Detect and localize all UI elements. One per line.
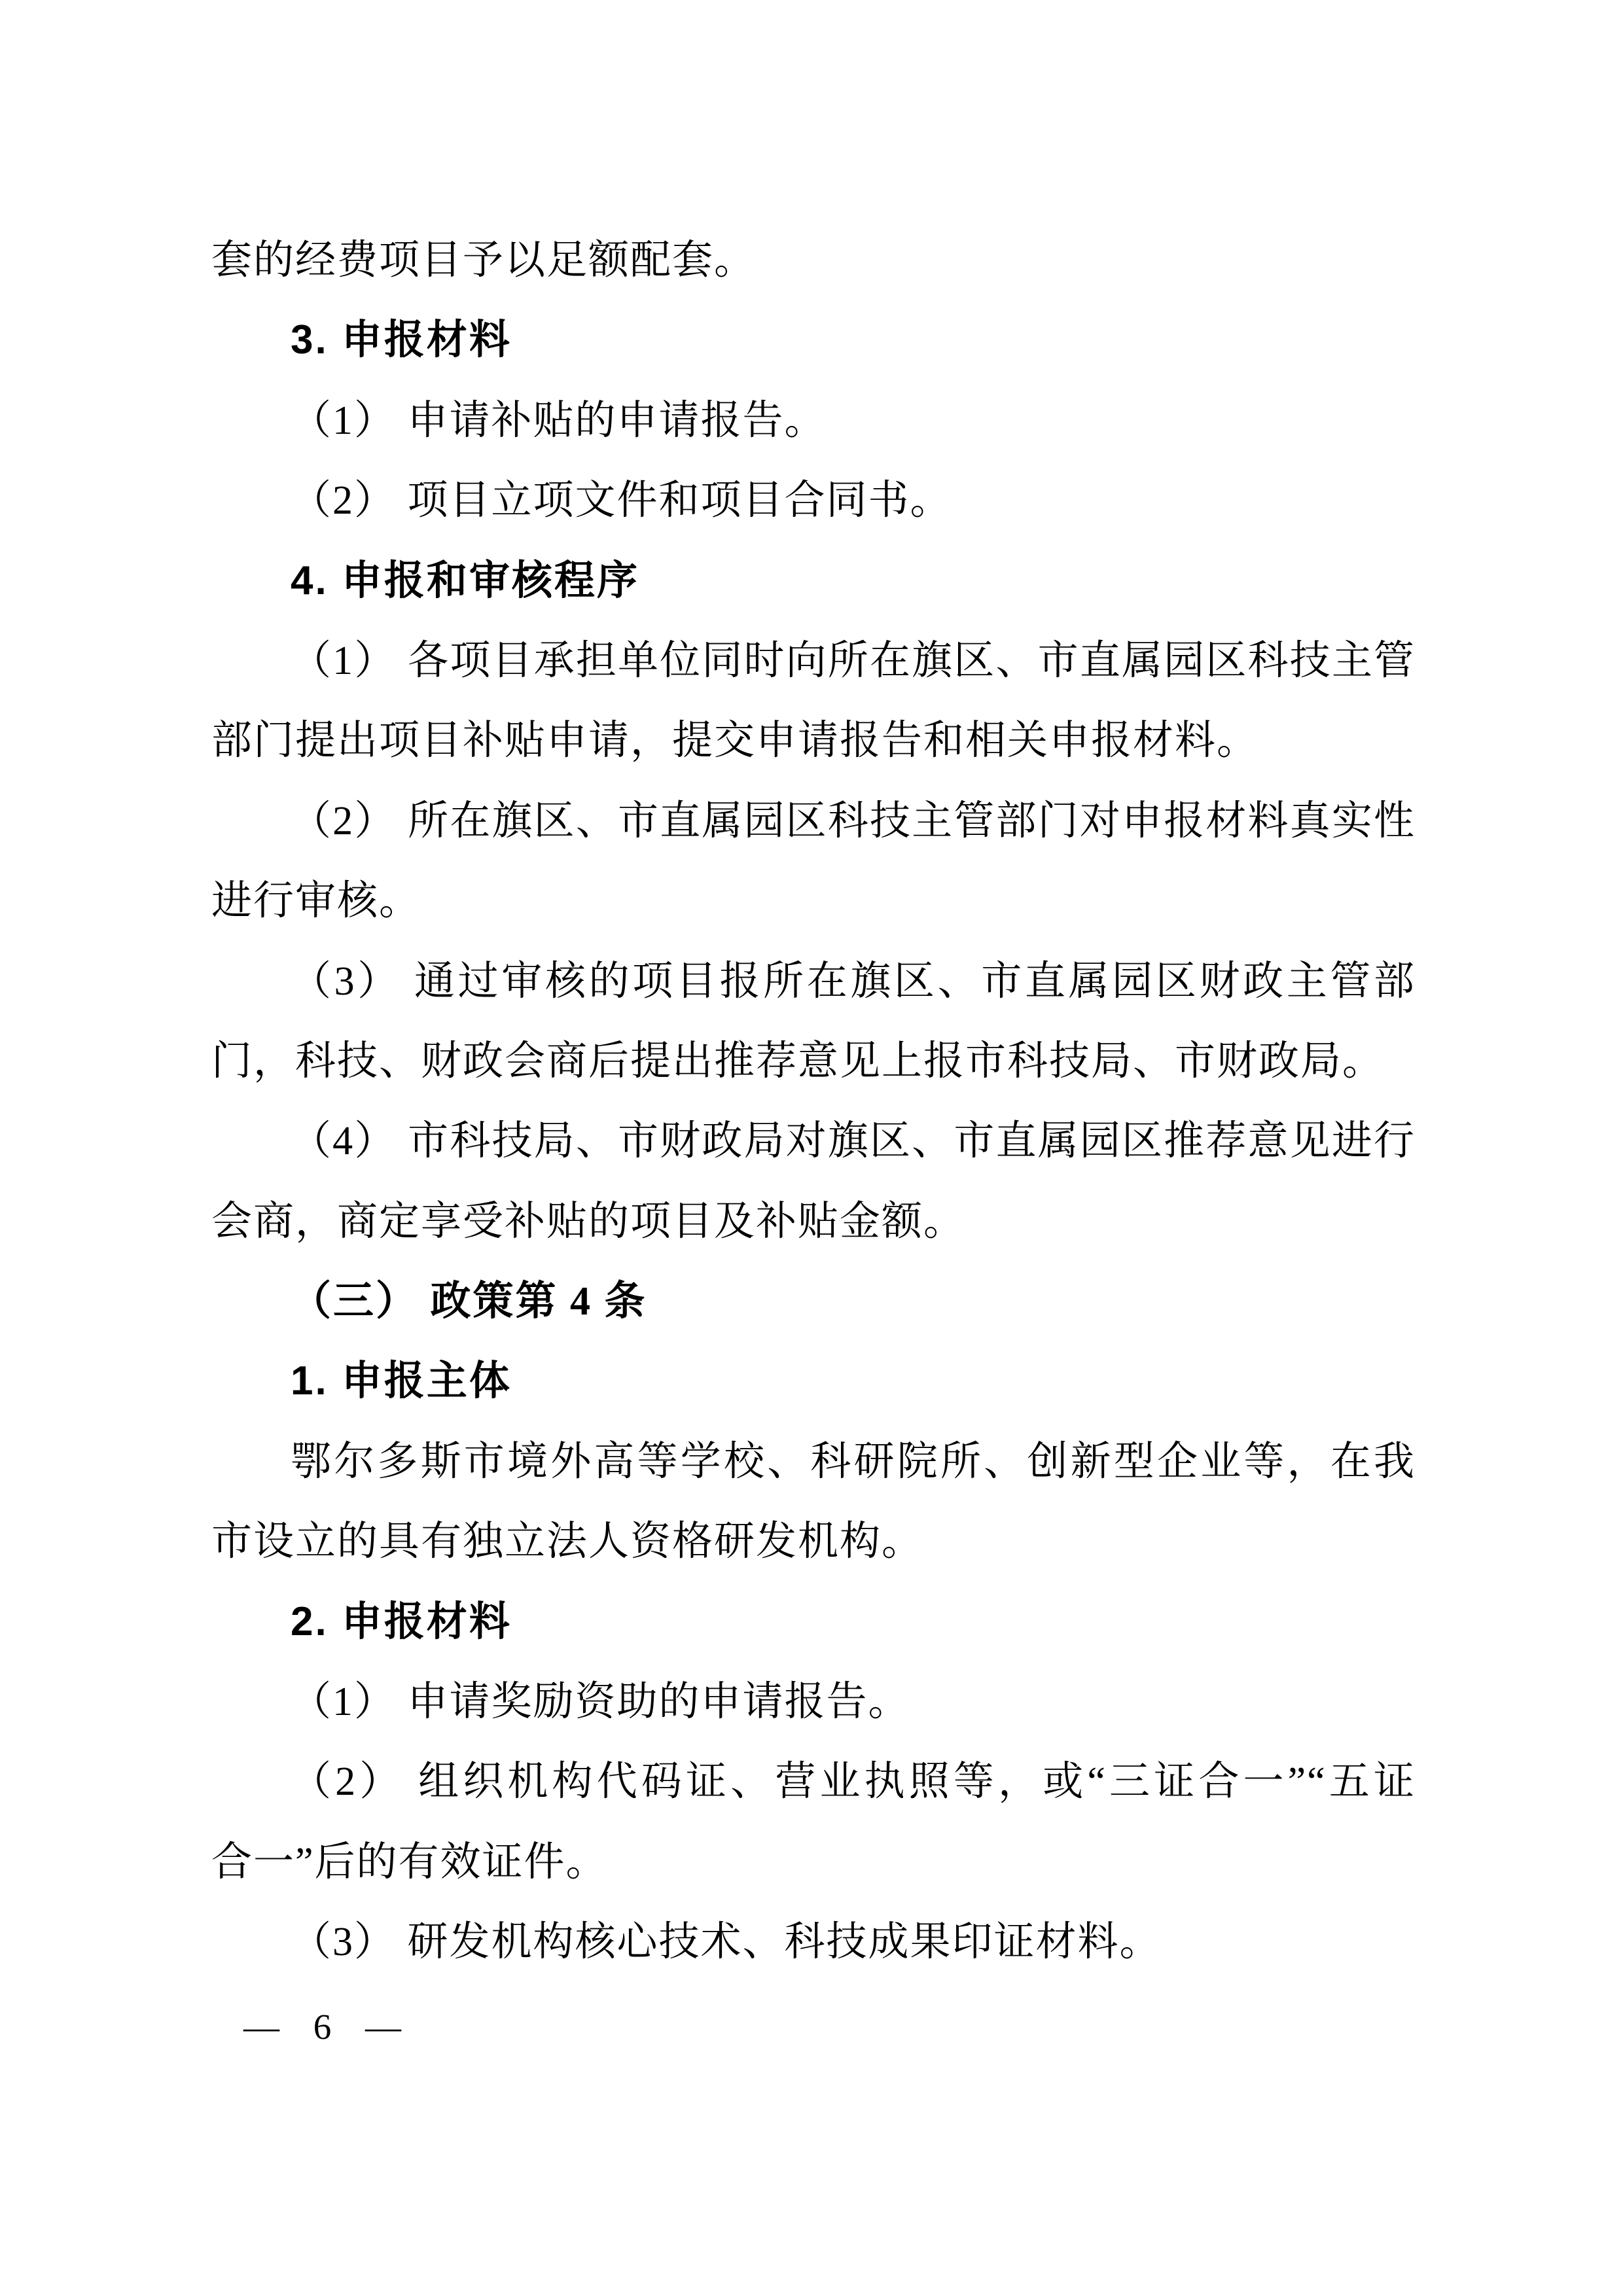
heading-2-shenbao-cailiao: 2. 申报材料 xyxy=(211,1582,1416,1662)
document-page: 套的经费项目予以足额配套。 3. 申报材料 （1） 申请补贴的申请报告。 （2）… xyxy=(0,0,1623,2296)
text-line: （1） 各项目承担单位同时向所在旗区、市直属园区科技主管 xyxy=(211,621,1416,701)
text-line: 套的经费项目予以足额配套。 xyxy=(211,221,1416,300)
text-line: （3） 通过审核的项目报所在旗区、市直属园区财政主管部 xyxy=(211,942,1416,1021)
text-line: 鄂尔多斯市境外高等学校、科研院所、创新型企业等，在我 xyxy=(211,1422,1416,1502)
text-line: （4） 市科技局、市财政局对旗区、市直属园区推荐意见进行 xyxy=(211,1101,1416,1181)
text-line: 进行审核。 xyxy=(211,861,1416,941)
text-line: 市设立的具有独立法人资格研发机构。 xyxy=(211,1502,1416,1581)
document-body: 套的经费项目予以足额配套。 3. 申报材料 （1） 申请补贴的申请报告。 （2）… xyxy=(211,221,1416,1983)
text-line: （1） 申请补贴的申请报告。 xyxy=(211,381,1416,461)
text-line: 会商，商定享受补贴的项目及补贴金额。 xyxy=(211,1182,1416,1262)
heading-1-shenbao-zhuti: 1. 申报主体 xyxy=(211,1341,1416,1421)
heading-4-shenbao-shenhe-chengxu: 4. 申报和审核程序 xyxy=(211,541,1416,621)
text-line: 合一”后的有效证件。 xyxy=(211,1822,1416,1902)
text-line: （2） 组织机构代码证、营业执照等，或“三证合一”“五证 xyxy=(211,1742,1416,1822)
page-number: — 6 — xyxy=(243,2001,408,2053)
heading-san-zhengce-di-4-tiao: （三） 政策第 4 条 xyxy=(211,1262,1416,1341)
text-line: （2） 项目立项文件和项目合同书。 xyxy=(211,461,1416,540)
text-line: （1） 申请奖励资助的申请报告。 xyxy=(211,1662,1416,1742)
text-line: （2） 所在旗区、市直属园区科技主管部门对申报材料真实性 xyxy=(211,781,1416,861)
heading-3-shenbao-cailiao: 3. 申报材料 xyxy=(211,300,1416,380)
text-line: （3） 研发机构核心技术、科技成果印证材料。 xyxy=(211,1902,1416,1982)
text-line: 门，科技、财政会商后提出推荐意见上报市科技局、市财政局。 xyxy=(211,1021,1416,1101)
text-line: 部门提出项目补贴申请，提交申请报告和相关申报材料。 xyxy=(211,701,1416,781)
